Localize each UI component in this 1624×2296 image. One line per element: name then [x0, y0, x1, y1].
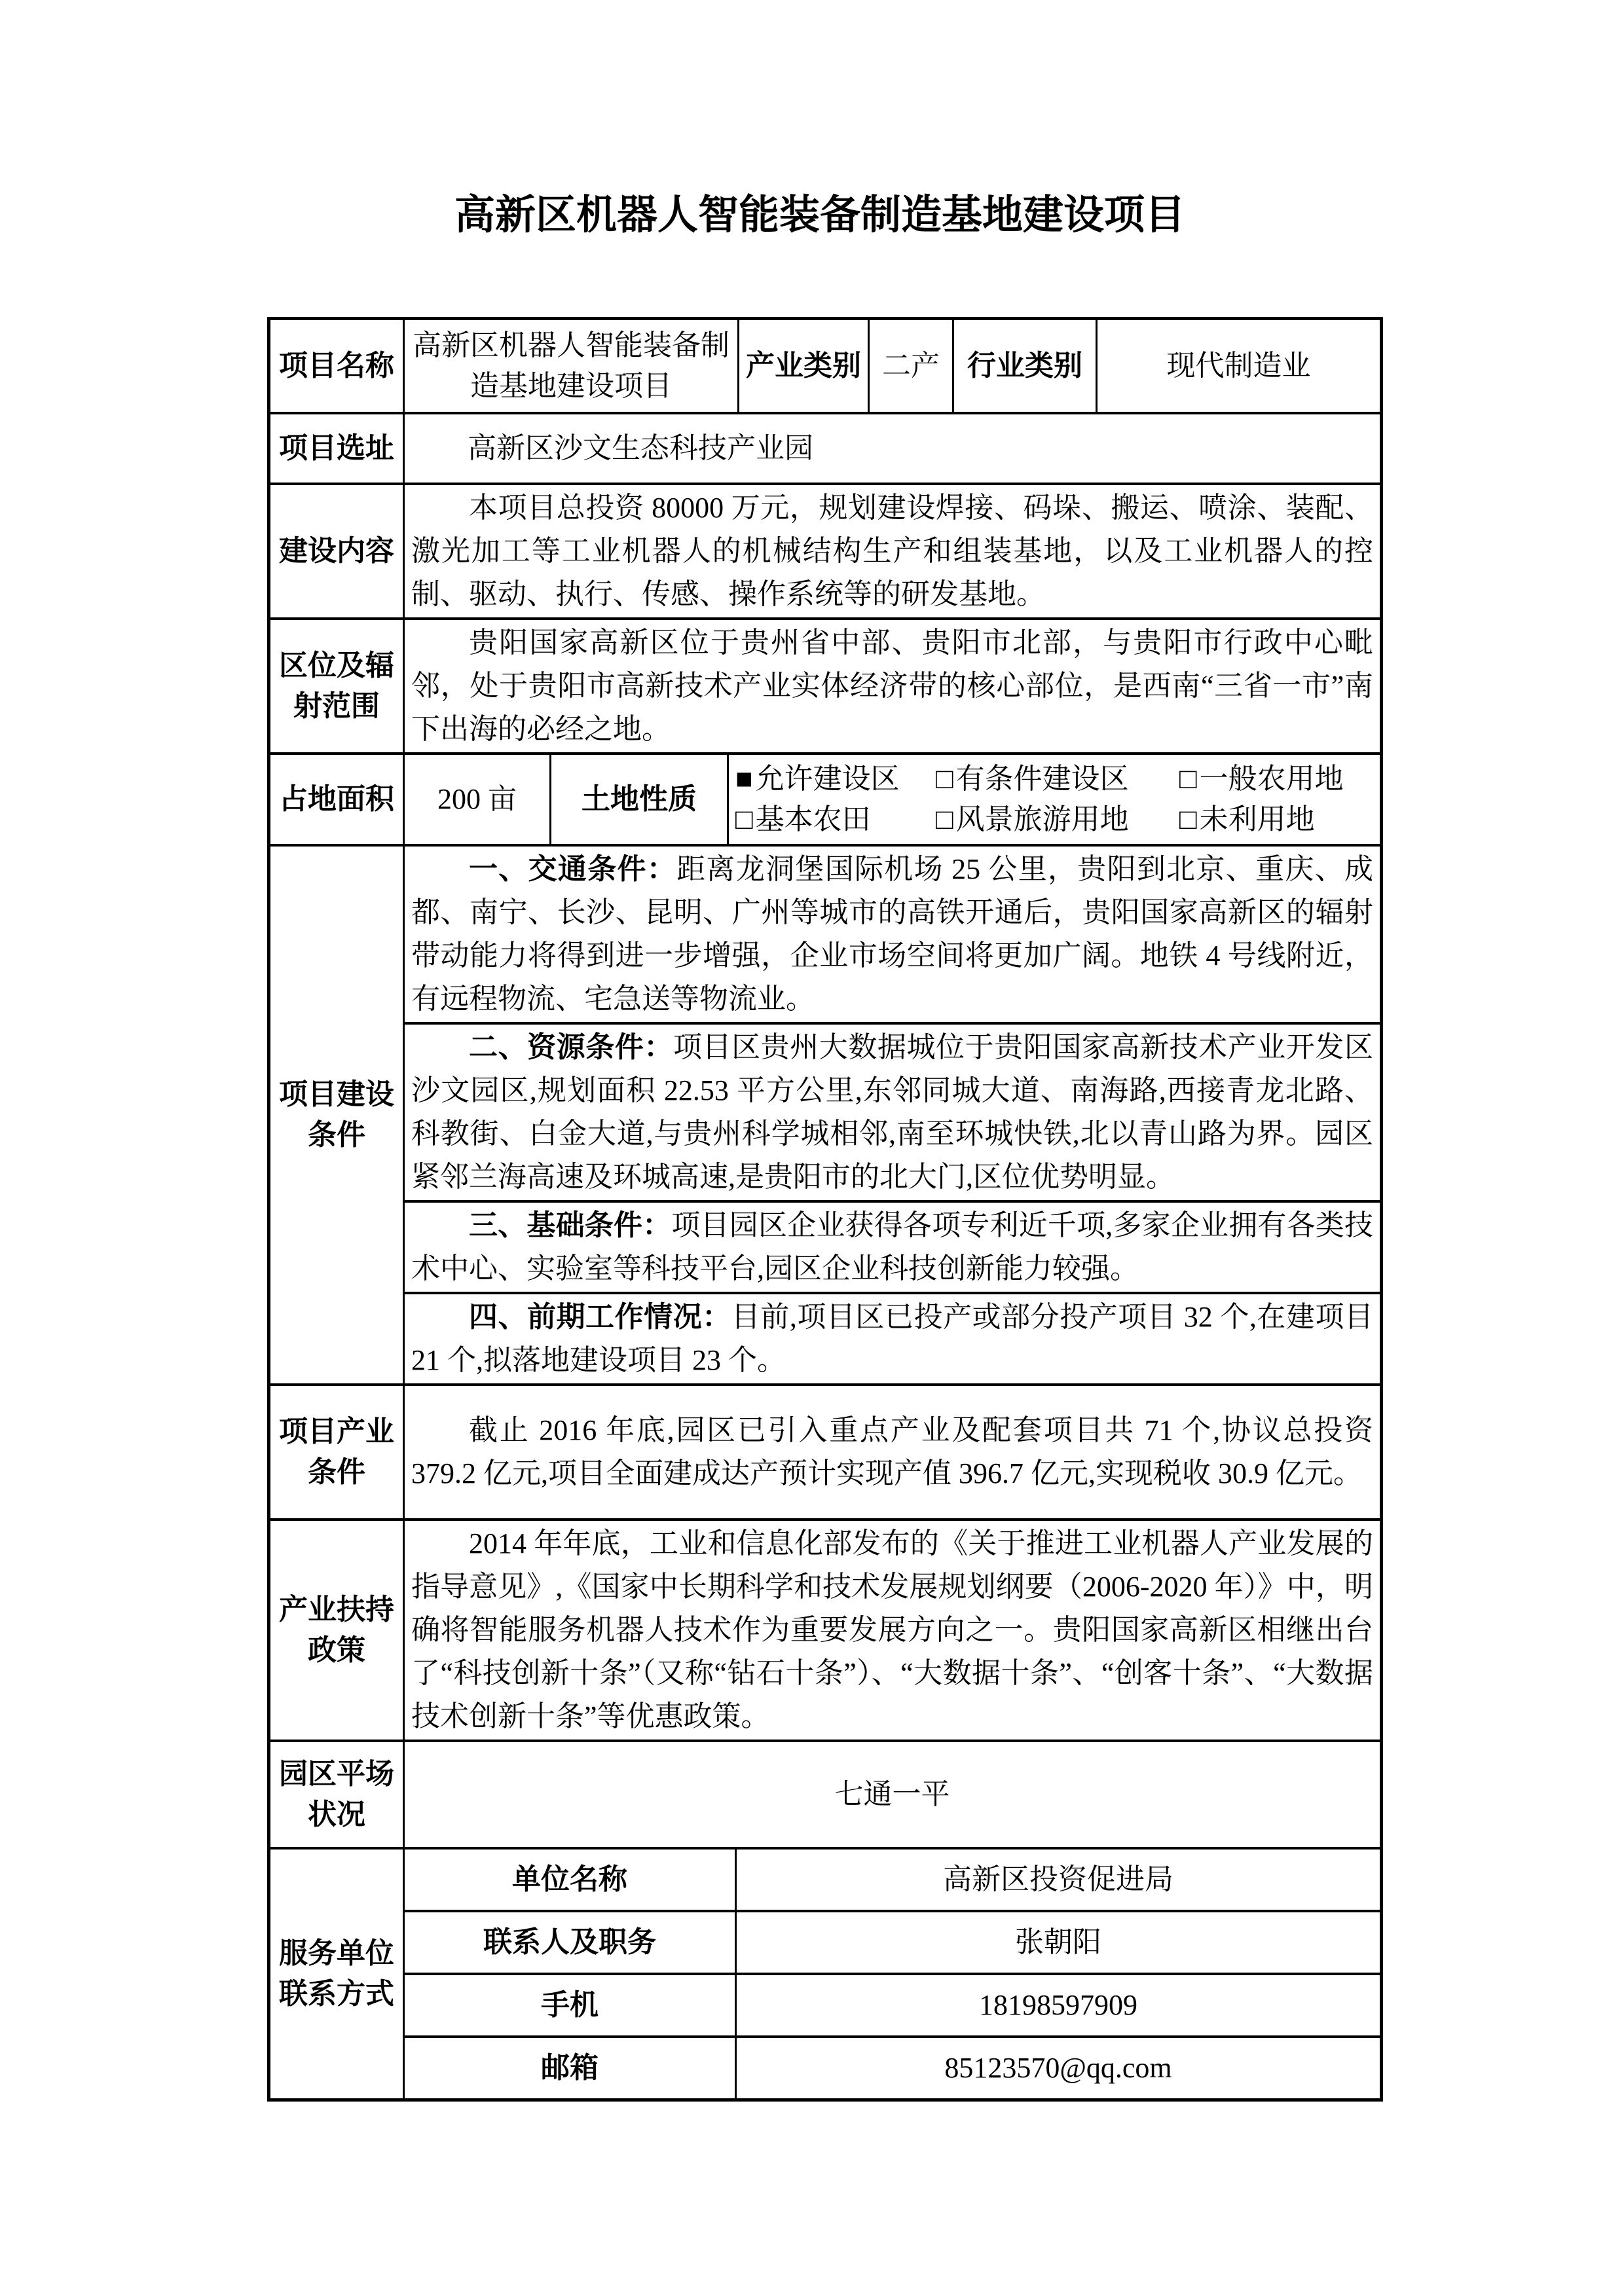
condition-resource-text: 二、资源条件：项目区贵州大数据城位于贵阳国家高新技术产业开发区沙文园区,规划面积… [405, 1025, 1380, 1200]
condition-traffic-text: 一、交通条件：距离龙洞堡国际机场 25 公里，贵阳到北京、重庆、成都、南宁、长沙… [405, 847, 1380, 1022]
condition-foundation: 三、基础条件：项目园区企业获得各项专利近千项,多家企业拥有各类技术中心、实验室等… [405, 1200, 1380, 1292]
unit-name-label: 单位名称 [405, 1850, 735, 1910]
land-nature-options-line2: □基本农田 □风景旅游用地 □未利用地 [735, 799, 1380, 840]
document-page: 高新区机器人智能装备制造基地建设项目 项目名称 高新区机器人智能装备制造基地建设… [0, 0, 1624, 2296]
contact-person-label: 联系人及职务 [405, 1912, 735, 1973]
construction-conditions-stack: 一、交通条件：距离龙洞堡国际机场 25 公里，贵阳到北京、重庆、成都、南宁、长沙… [403, 847, 1380, 1383]
contact-row-contact-person: 联系人及职务 张朝阳 [405, 1910, 1380, 1973]
service-contact-label: 服务单位联系方式 [270, 1850, 403, 2098]
condition-preliminary-work: 四、前期工作情况：目前,项目区已投产或部分投产项目 32 个,在建项目 21 个… [405, 1292, 1380, 1383]
checkbox-label: 风景旅游用地 [956, 803, 1129, 835]
checkbox-unused-land: □未利用地 [1179, 799, 1380, 840]
condition-resource: 二、资源条件：项目区贵州大数据城位于贵阳国家高新技术产业开发区沙文园区,规划面积… [405, 1022, 1380, 1200]
support-policy-label: 产业扶持政策 [270, 1521, 403, 1740]
condition-foundation-text: 三、基础条件：项目园区企业获得各项专利近千项,多家企业拥有各类技术中心、实验室等… [405, 1203, 1380, 1292]
row-location-radiation: 区位及辐射范围 贵阳国家高新区位于贵州省中部、贵阳市北部，与贵阳市行政中心毗邻，… [270, 617, 1380, 752]
contact-person-value: 张朝阳 [735, 1912, 1380, 1973]
land-nature-options: ■允许建设区 □有条件建设区 □一般农用地 □基本农田 □风景旅游用地 □未利用… [727, 755, 1380, 844]
industry-conditions-label: 项目产业条件 [270, 1386, 403, 1518]
support-policy-cell: 2014 年年底，工业和信息化部发布的《关于推进工业机器人产业发展的指导意见》,… [403, 1521, 1380, 1740]
row-industry-conditions: 项目产业条件 截止 2016 年底,园区已引入重点产业及配套项目共 71 个,协… [270, 1383, 1380, 1518]
sector-category-label: 行业类别 [952, 320, 1096, 412]
land-area-label: 占地面积 [270, 755, 403, 844]
row-land: 占地面积 200 亩 土地性质 ■允许建设区 □有条件建设区 □一般农用地 □基… [270, 752, 1380, 844]
construction-content-cell: 本项目总投资 80000 万元，规划建设焊接、码垛、搬运、喷涂、装配、激光加工等… [403, 485, 1380, 617]
row-service-contact: 服务单位联系方式 单位名称 高新区投资促进局 联系人及职务 张朝阳 手机 181… [270, 1847, 1380, 2098]
row-support-policy: 产业扶持政策 2014 年年底，工业和信息化部发布的《关于推进工业机器人产业发展… [270, 1518, 1380, 1740]
checkbox-label: 基本农田 [756, 803, 871, 835]
land-nature-options-line1: ■允许建设区 □有条件建设区 □一般农用地 [735, 759, 1380, 799]
land-area-value: 200 亩 [403, 755, 549, 844]
row-construction-content: 建设内容 本项目总投资 80000 万元，规划建设焊接、码垛、搬运、喷涂、装配、… [270, 483, 1380, 617]
checkbox-scenic-tourism-land: □风景旅游用地 [936, 799, 1179, 840]
construction-content-label: 建设内容 [270, 485, 403, 617]
condition-resource-heading: 二、资源条件： [469, 1031, 673, 1063]
row-location: 项目选址 高新区沙文生态科技产业园 [270, 412, 1380, 483]
sector-category-value: 现代制造业 [1096, 320, 1380, 412]
contact-row-email: 邮箱 85123570@qq.com [405, 2035, 1380, 2098]
support-policy-text: 2014 年年底，工业和信息化部发布的《关于推进工业机器人产业发展的指导意见》,… [405, 1521, 1380, 1740]
construction-content-text: 本项目总投资 80000 万元，规划建设焊接、码垛、搬运、喷涂、装配、激光加工等… [405, 485, 1380, 617]
row-site-leveling: 园区平场状况 七通一平 [270, 1740, 1380, 1847]
service-contact-stack: 单位名称 高新区投资促进局 联系人及职务 张朝阳 手机 18198597909 … [403, 1850, 1380, 2098]
row-construction-conditions: 项目建设条件 一、交通条件：距离龙洞堡国际机场 25 公里，贵阳到北京、重庆、成… [270, 844, 1380, 1383]
page-title: 高新区机器人智能装备制造基地建设项目 [262, 0, 1378, 240]
contact-row-unit-name: 单位名称 高新区投资促进局 [405, 1850, 1380, 1910]
condition-preliminary-work-text: 四、前期工作情况：目前,项目区已投产或部分投产项目 32 个,在建项目 21 个… [405, 1294, 1380, 1383]
checkbox-general-agricultural-land: □一般农用地 [1179, 759, 1380, 799]
condition-foundation-heading: 三、基础条件： [469, 1209, 671, 1241]
unchecked-checkbox-icon: □ [1179, 759, 1197, 799]
location-value: 高新区沙文生态科技产业园 [403, 414, 1380, 483]
unit-name-value: 高新区投资促进局 [735, 1850, 1380, 1910]
site-leveling-label: 园区平场状况 [270, 1742, 403, 1847]
unchecked-checkbox-icon: □ [936, 799, 953, 840]
email-label: 邮箱 [405, 2038, 735, 2098]
site-leveling-value: 七通一平 [403, 1742, 1380, 1847]
project-name-label: 项目名称 [270, 320, 403, 412]
checked-checkbox-icon: ■ [735, 759, 753, 799]
project-name-value: 高新区机器人智能装备制造基地建设项目 [403, 320, 737, 412]
condition-preliminary-work-heading: 四、前期工作情况： [469, 1301, 731, 1333]
unchecked-checkbox-icon: □ [735, 799, 753, 840]
checkbox-label: 未利用地 [1200, 803, 1315, 835]
checkbox-label: 有条件建设区 [956, 763, 1129, 795]
unchecked-checkbox-icon: □ [1179, 799, 1197, 840]
condition-traffic: 一、交通条件：距离龙洞堡国际机场 25 公里，贵阳到北京、重庆、成都、南宁、长沙… [405, 847, 1380, 1022]
location-radiation-label: 区位及辐射范围 [270, 620, 403, 752]
land-nature-label: 土地性质 [549, 755, 727, 844]
construction-conditions-label: 项目建设条件 [270, 847, 403, 1383]
mobile-label: 手机 [405, 1975, 735, 2035]
email-value: 85123570@qq.com [735, 2038, 1380, 2098]
checkbox-basic-farmland: □基本农田 [735, 799, 936, 840]
contact-row-mobile: 手机 18198597909 [405, 1973, 1380, 2035]
unchecked-checkbox-icon: □ [936, 759, 953, 799]
industry-conditions-text: 截止 2016 年底,园区已引入重点产业及配套项目共 71 个,协议总投资 37… [405, 1408, 1380, 1497]
checkbox-conditional-construction-area: □有条件建设区 [936, 759, 1179, 799]
location-radiation-text: 贵阳国家高新区位于贵州省中部、贵阳市北部，与贵阳市行政中心毗邻，处于贵阳市高新技… [405, 620, 1380, 752]
condition-traffic-heading: 一、交通条件： [469, 853, 676, 885]
location-label: 项目选址 [270, 414, 403, 483]
checkbox-label: 一般农用地 [1200, 763, 1344, 795]
industry-category-value: 二产 [868, 320, 952, 412]
industry-conditions-cell: 截止 2016 年底,园区已引入重点产业及配套项目共 71 个,协议总投资 37… [403, 1386, 1380, 1518]
industry-category-label: 产业类别 [737, 320, 868, 412]
checkbox-label: 允许建设区 [756, 763, 900, 795]
location-radiation-cell: 贵阳国家高新区位于贵州省中部、贵阳市北部，与贵阳市行政中心毗邻，处于贵阳市高新技… [403, 620, 1380, 752]
checkbox-allowed-construction-area: ■允许建设区 [735, 759, 936, 799]
row-project-name: 项目名称 高新区机器人智能装备制造基地建设项目 产业类别 二产 行业类别 现代制… [270, 320, 1380, 412]
mobile-value: 18198597909 [735, 1975, 1380, 2035]
project-info-table: 项目名称 高新区机器人智能装备制造基地建设项目 产业类别 二产 行业类别 现代制… [267, 317, 1383, 2102]
